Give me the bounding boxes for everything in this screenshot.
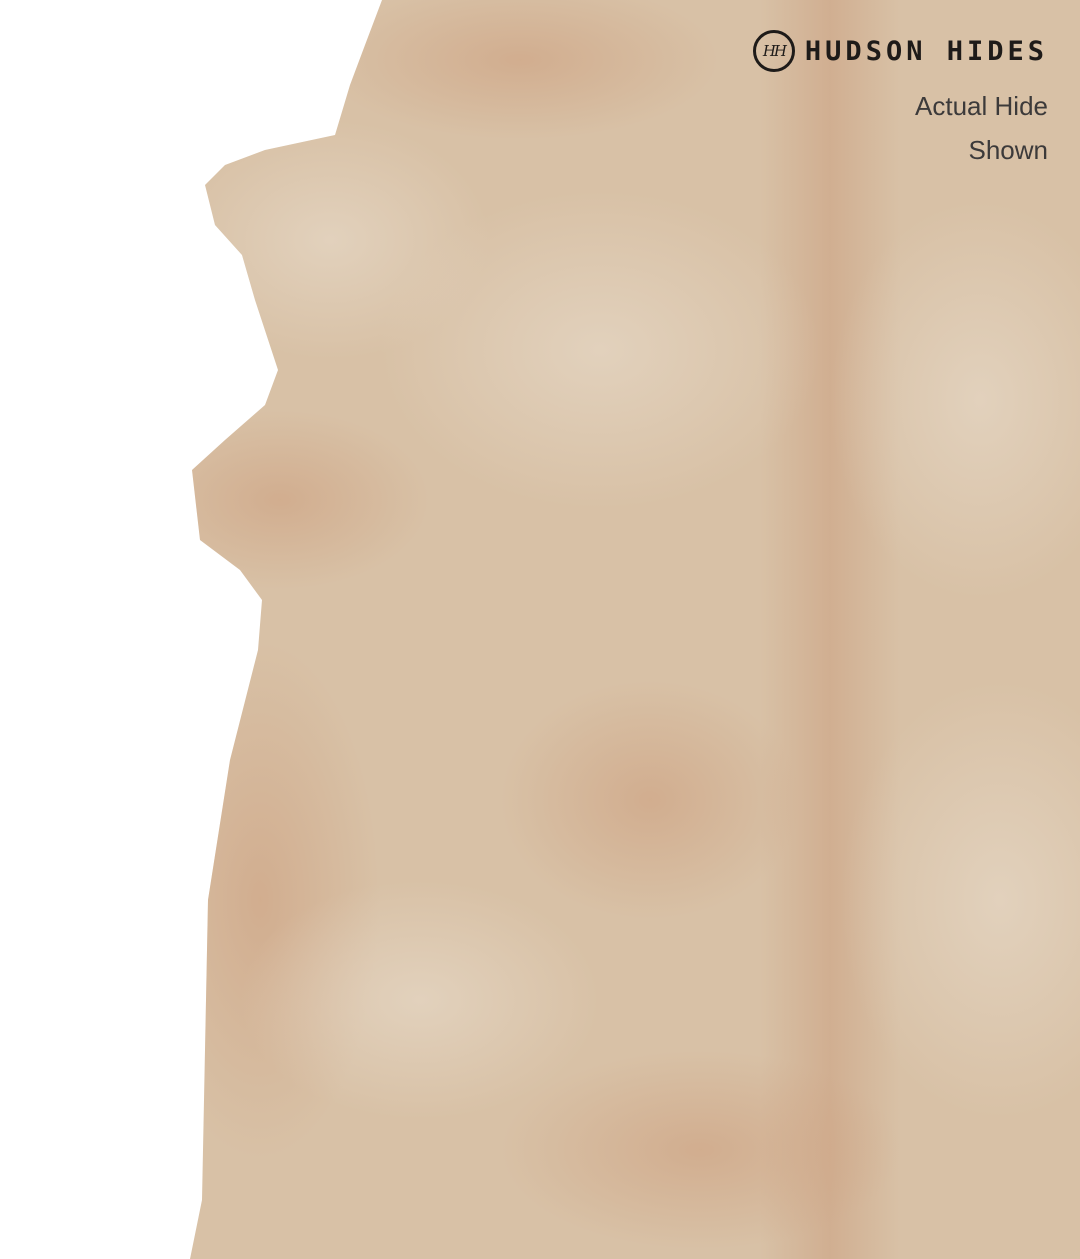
caption-line-1: Actual Hide — [915, 84, 1048, 128]
cowhide-image — [0, 0, 1080, 1259]
caption-line-2: Shown — [915, 128, 1048, 172]
brand-logo: HH HUDSON HIDES — [753, 30, 1048, 72]
monogram-logo-icon: HH — [753, 30, 795, 72]
brand-name: HUDSON HIDES — [805, 36, 1048, 67]
caption: Actual Hide Shown — [915, 84, 1048, 172]
